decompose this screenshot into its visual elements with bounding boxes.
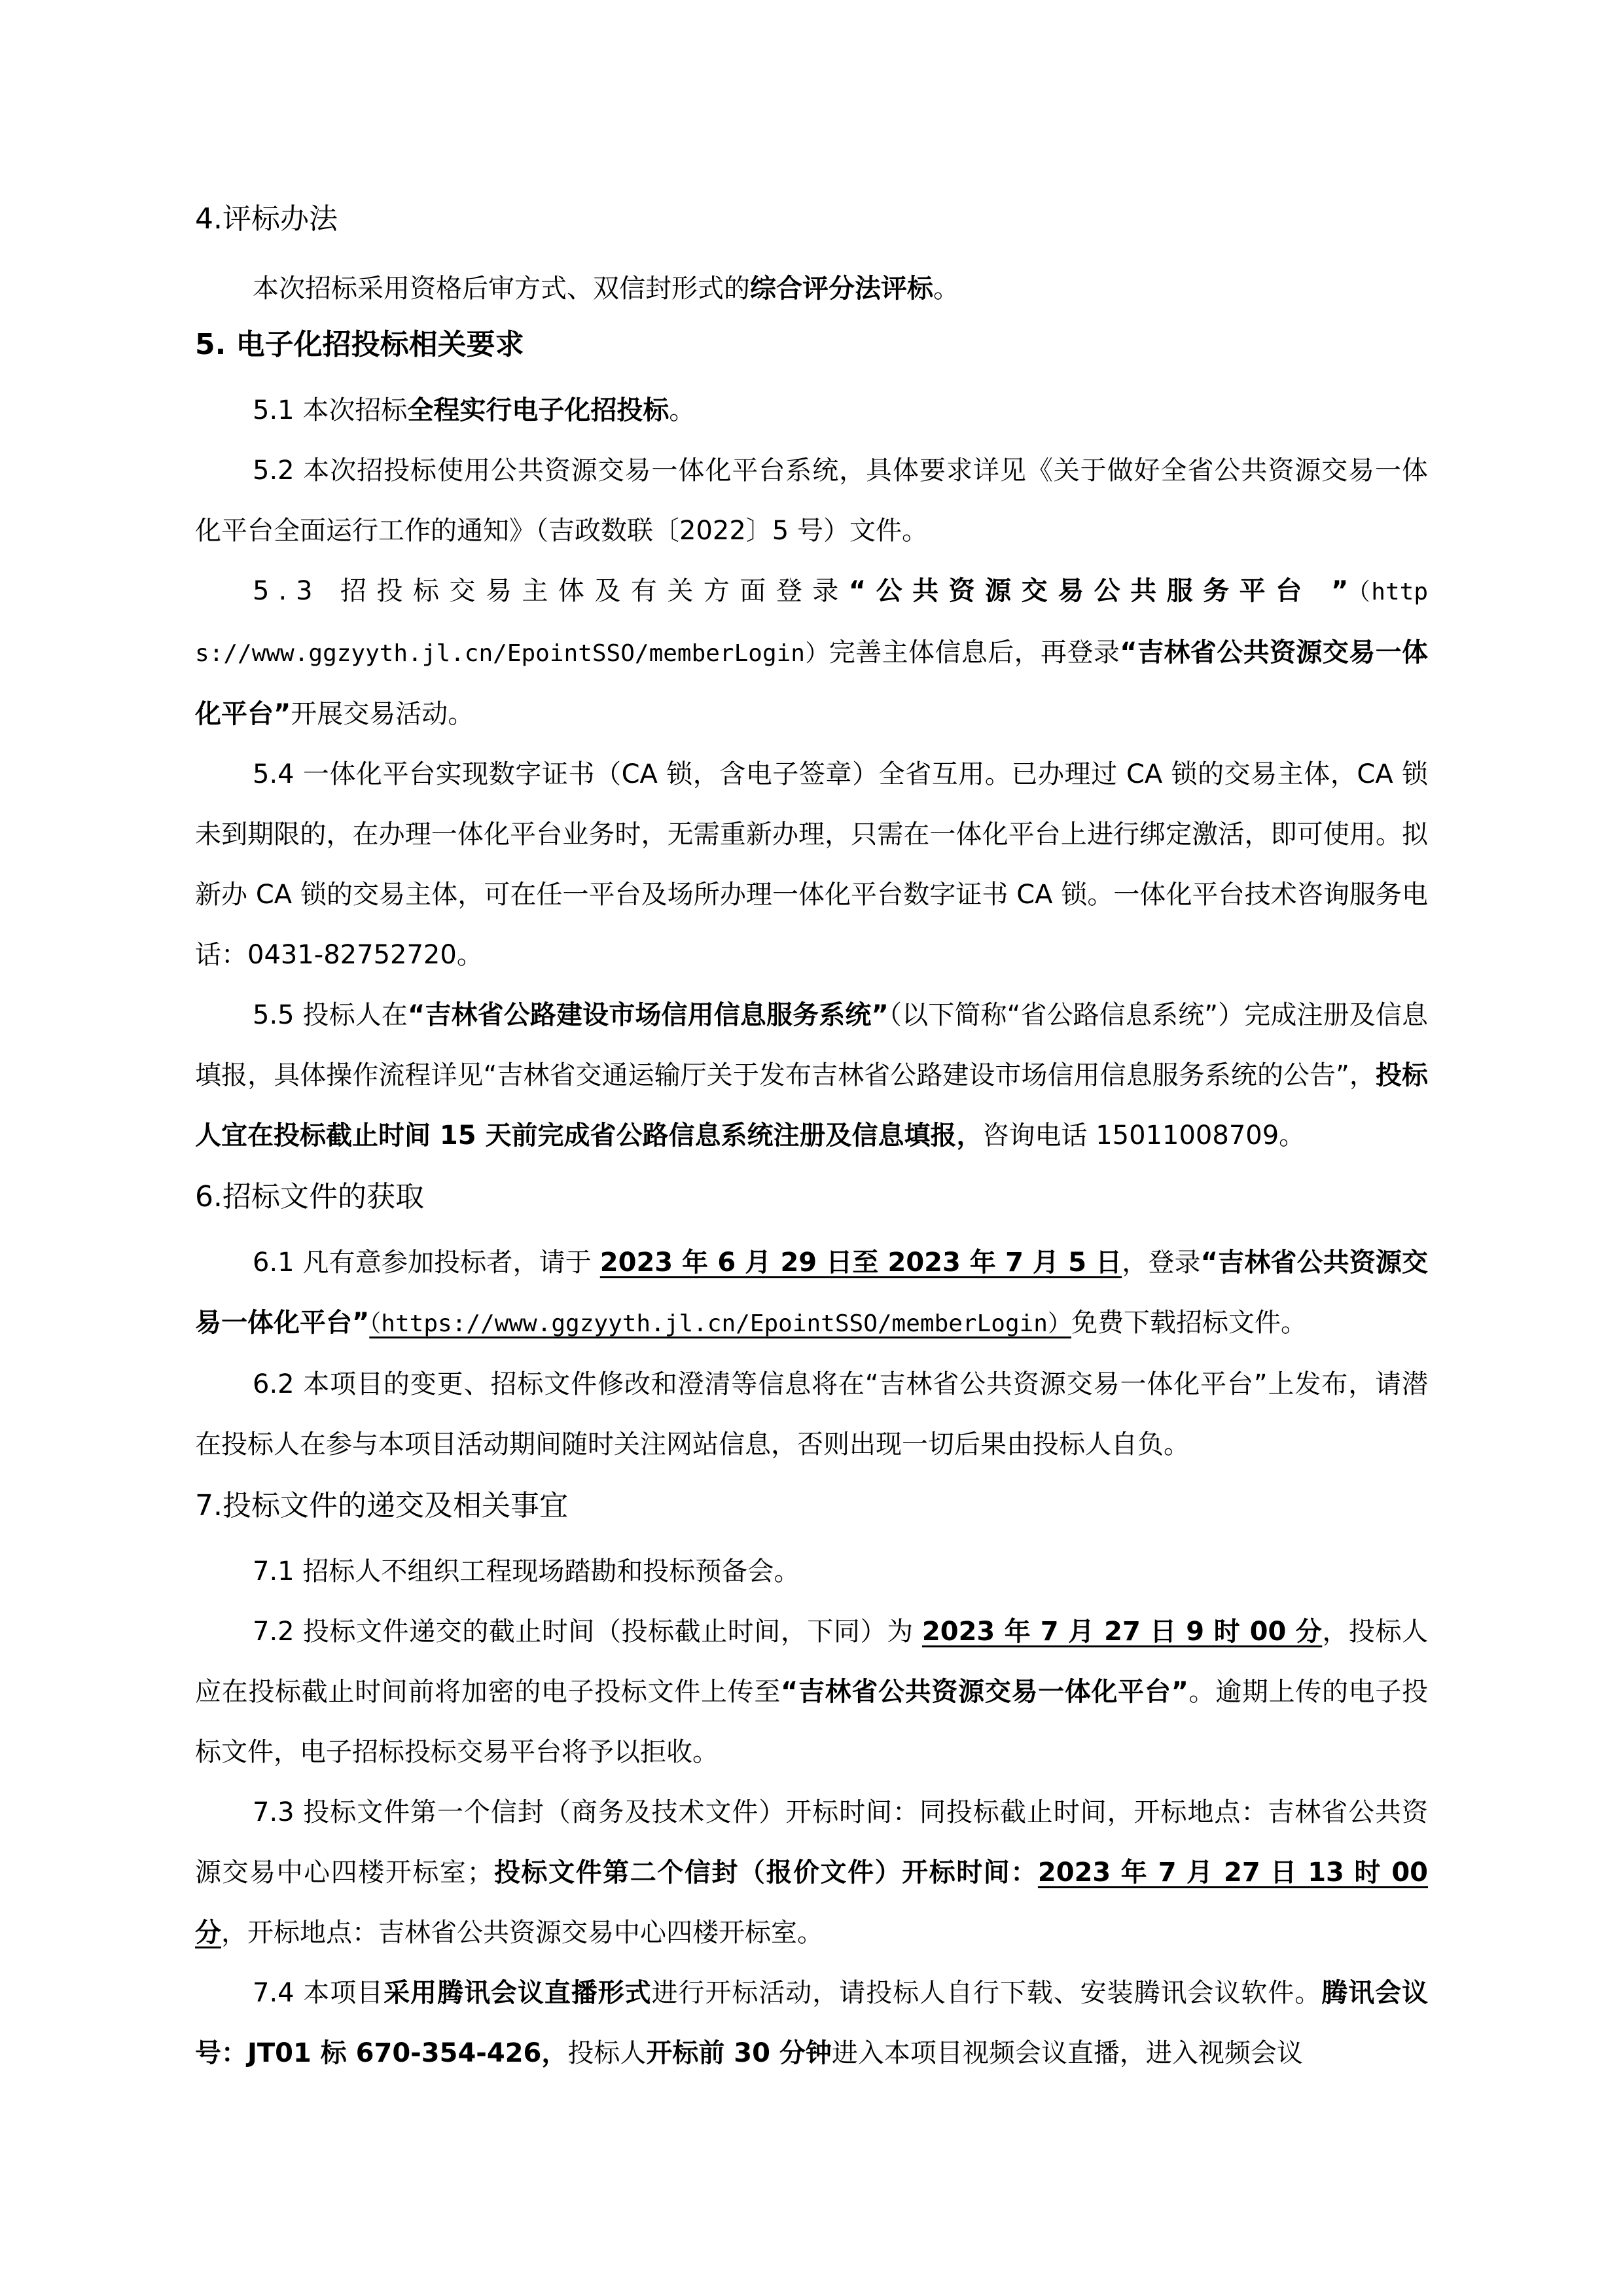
bold-text-run: “公共资源交易公共服务平台 ”	[849, 576, 1357, 606]
text-run: 。	[933, 274, 959, 304]
text-run: 进行开标活动，请投标人自行下载、安装腾讯会议软件。	[652, 1978, 1322, 2008]
paragraph-6-1: 6.1 凡有意参加投标者，请于 2023 年 6 月 29 日至 2023 年 …	[195, 1232, 1428, 1354]
text-run: 6.2 本项目的变更、招标文件修改和澄清等信息将在“吉林省公共资源交易一体化平台…	[195, 1369, 1428, 1460]
paragraph-5-3: 5.3 招投标交易主体及有关方面登录“公共资源交易公共服务平台 ”（https:…	[195, 561, 1428, 744]
paragraph-7-3: 7.3 投标文件第一个信封（商务及技术文件）开标时间：同投标截止时间，开标地点：…	[195, 1782, 1428, 1963]
document-page: 4.评标办法 本次招标采用资格后审方式、双信封形式的综合评分法评标。 5. 电子…	[195, 200, 1428, 2083]
underlined-text-run: （https://www.ggzyyth.jl.cn/EpointSSO/mem…	[369, 1310, 1071, 1337]
section-heading-7: 7.投标文件的递交及相关事宜	[195, 1486, 1428, 1526]
text-run: 7.2 投标文件递交的截止时间（投标截止时间，下同）为	[253, 1617, 922, 1647]
section-heading-4: 4.评标办法	[195, 200, 1428, 239]
paragraph-5-4: 5.4 一体化平台实现数字证书（CA 锁，含电子签章）全省互用。已办理过 CA …	[195, 744, 1428, 985]
text-run: 7.4 本项目	[253, 1978, 383, 2008]
bold-text-run: 采用腾讯会议直播形式	[383, 1978, 651, 2008]
paragraph-5-5: 5.5 投标人在“吉林省公路建设市场信用信息服务系统”（以下简称“省公路信息系统…	[195, 985, 1428, 1166]
text-run: ，登录	[1122, 1247, 1200, 1278]
bold-text-run: “吉林省公路建设市场信用信息服务系统”	[408, 1000, 889, 1030]
paragraph-5-2: 5.2 本次招投标使用公共资源交易一体化平台系统，具体要求详见《关于做好全省公共…	[195, 440, 1428, 561]
text-run: 5.2 本次招投标使用公共资源交易一体化平台系统，具体要求详见《关于做好全省公共…	[195, 456, 1428, 546]
text-run: 6.1 凡有意参加投标者，请于	[253, 1247, 600, 1278]
text-run: 咨询电话 15011008709。	[983, 1121, 1306, 1151]
text-run: 。	[669, 395, 695, 425]
underlined-text-run: 2023 年 6 月 29 日至 2023 年 7 月 5 日	[600, 1247, 1122, 1278]
paragraph-4-body: 本次招标采用资格后审方式、双信封形式的综合评分法评标。	[195, 259, 1428, 319]
text-run: 免费下载招标文件。	[1071, 1308, 1307, 1338]
text-run: 5.4 一体化平台实现数字证书（CA 锁，含电子签章）全省互用。已办理过 CA …	[195, 759, 1428, 970]
bold-text-run: 投标文件第二个信封（报价文件）开标时间：	[493, 1857, 1037, 1888]
section-heading-5: 5. 电子化招投标相关要求	[195, 325, 1428, 365]
bold-text-run: 开标前 30 分钟	[646, 2038, 832, 2068]
section-heading-6: 6.招标文件的获取	[195, 1177, 1428, 1217]
text-run: 开展交易活动。	[291, 699, 474, 729]
paragraph-6-2: 6.2 本项目的变更、招标文件修改和澄清等信息将在“吉林省公共资源交易一体化平台…	[195, 1354, 1428, 1475]
text-run: 5.3 招投标交易主体及有关方面登录	[253, 576, 849, 606]
paragraph-7-1: 7.1 招标人不组织工程现场踏勘和投标预备会。	[195, 1541, 1428, 1602]
bold-text-run: “吉林省公共资源交易一体化平台”	[781, 1677, 1188, 1707]
text-run: 本次招标采用资格后审方式、双信封形式的	[253, 274, 750, 304]
underlined-text-run: 2023 年 7 月 27 日 9 时 00 分	[922, 1617, 1322, 1647]
text-run: 5.5 投标人在	[253, 1000, 408, 1030]
text-run: 投标人	[567, 2038, 646, 2068]
bold-text-run: 综合评分法评标	[750, 274, 933, 304]
text-run: 7.1 招标人不组织工程现场踏勘和投标预备会。	[253, 1556, 800, 1587]
text-run: 5.1 本次招标	[253, 395, 407, 425]
paragraph-7-4: 7.4 本项目采用腾讯会议直播形式进行开标活动，请投标人自行下载、安装腾讯会议软…	[195, 1963, 1428, 2083]
paragraph-7-2: 7.2 投标文件递交的截止时间（投标截止时间，下同）为 2023 年 7 月 2…	[195, 1602, 1428, 1782]
text-run: ，开标地点：吉林省公共资源交易中心四楼开标室。	[221, 1918, 823, 1948]
bold-text-run: 全程实行电子化招投标	[407, 395, 669, 425]
text-run: 进入本项目视频会议直播，进入视频会议	[832, 2038, 1303, 2068]
text-run: 完善主体信息后，再登录	[829, 637, 1120, 668]
paragraph-5-1: 5.1 本次招标全程实行电子化招投标。	[195, 380, 1428, 440]
